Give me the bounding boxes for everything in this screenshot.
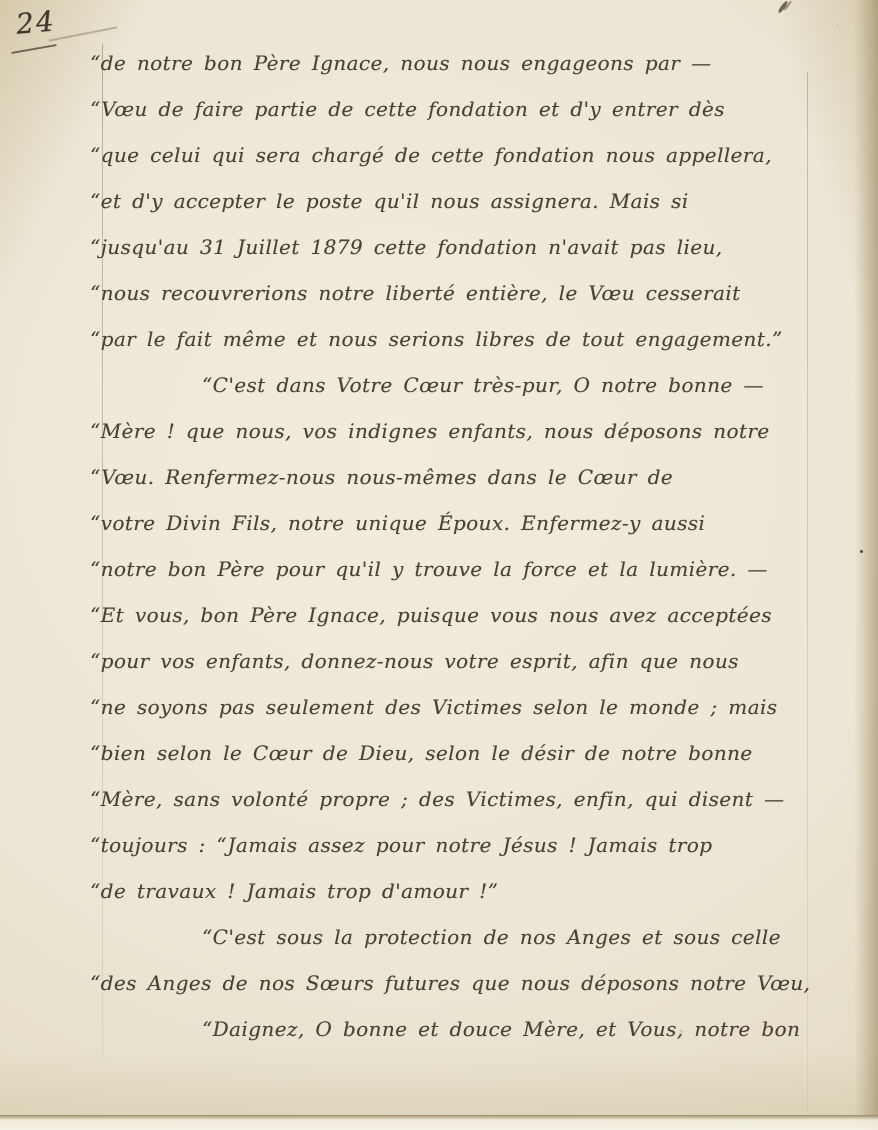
manuscript-line: “notre bon Père pour qu'il y trouve la f… — [90, 546, 834, 592]
manuscript-line: “que celui qui sera chargé de cette fond… — [90, 132, 834, 178]
ink-smudge-mark — [777, 0, 789, 13]
manuscript-line: “des Anges de nos Sœurs futures que nous… — [90, 960, 834, 1006]
manuscript-line: “C'est dans Votre Cœur très-pur, O notre… — [90, 362, 834, 408]
manuscript-line: “nous recouvrerions notre liberté entièr… — [90, 270, 834, 316]
manuscript-line: “de notre bon Père Ignace, nous nous eng… — [90, 40, 834, 86]
manuscript-line: “votre Divin Fils, notre unique Époux. E… — [90, 500, 834, 546]
manuscript-line: “pour vos enfants, donnez-nous votre esp… — [90, 638, 834, 684]
manuscript-line: “Daignez, O bonne et douce Mère, et Vous… — [90, 1006, 834, 1052]
page-right-edge-shading — [854, 0, 878, 1130]
page-number-flourish-line — [11, 44, 57, 54]
page-bottom-edge — [0, 1115, 878, 1130]
page-number: 24 — [15, 4, 57, 40]
manuscript-text: “de notre bon Père Ignace, nous nous eng… — [90, 40, 834, 1052]
manuscript-line: “de travaux ! Jamais trop d'amour !” — [90, 868, 834, 914]
manuscript-line: “bien selon le Cœur de Dieu, selon le dé… — [90, 730, 834, 776]
manuscript-line: “C'est sous la protection de nos Anges e… — [90, 914, 834, 960]
manuscript-line: “Mère, sans volonté propre ; des Victime… — [90, 776, 834, 822]
manuscript-line: “par le fait même et nous serions libres… — [90, 316, 834, 362]
manuscript-line: “Vœu. Renfermez-nous nous-mêmes dans le … — [90, 454, 834, 500]
manuscript-line: “Mère ! que nous, vos indignes enfants, … — [90, 408, 834, 454]
paper-speck — [860, 550, 863, 553]
manuscript-line: “Et vous, bon Père Ignace, puisque vous … — [90, 592, 834, 638]
manuscript-page: 24 “de notre bon Père Ignace, nous nous … — [0, 0, 878, 1130]
manuscript-line: “et d'y accepter le poste qu'il nous ass… — [90, 178, 834, 224]
manuscript-line: “jusqu'au 31 Juillet 1879 cette fondatio… — [90, 224, 834, 270]
manuscript-line: “Vœu de faire partie de cette fondation … — [90, 86, 834, 132]
manuscript-line: “ne soyons pas seulement des Victimes se… — [90, 684, 834, 730]
manuscript-line: “toujours : “Jamais assez pour notre Jés… — [90, 822, 834, 868]
